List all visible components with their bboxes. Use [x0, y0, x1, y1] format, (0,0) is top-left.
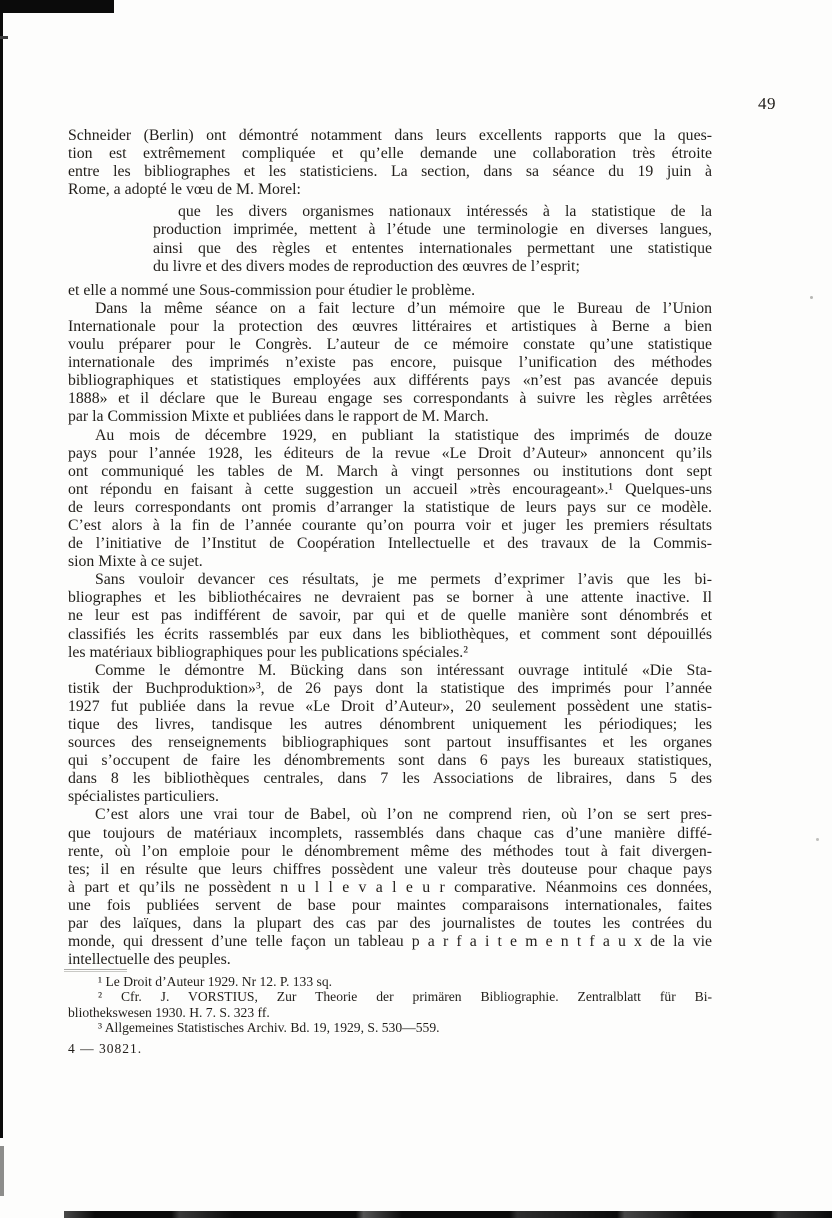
scan-artifact-left-dash	[0, 36, 8, 39]
text-line: intellectuelle des peuples.	[68, 951, 712, 969]
text-line: Au mois de décembre 1929, en publiant la…	[68, 427, 712, 445]
text-line: de l’initiative de l’Institut de Coopéra…	[68, 535, 712, 553]
scan-artifact-top-left-bar	[0, 0, 114, 13]
text-line: ¹ Le Droit d’Auteur 1929. Nr 12. P. 133 …	[68, 974, 712, 989]
text-line: C’est alors une vrai tour de Babel, où l…	[68, 806, 712, 824]
footnote: ¹ Le Droit d’Auteur 1929. Nr 12. P. 133 …	[68, 974, 712, 989]
text-line: production imprimée, mettent à l’étude u…	[153, 221, 712, 239]
text-line: voulu préparer pour le Congrès. L’auteur…	[68, 336, 712, 354]
footnote-separator-rule	[64, 969, 127, 972]
text-line: rente, où l’on emploie pour le dénombrem…	[68, 843, 712, 861]
text-line: que les divers organismes nationaux inté…	[153, 203, 712, 221]
text-line: tes; il en résulte que leurs chiffres po…	[68, 861, 712, 879]
text-line: de leurs correspondants ont promis d’arr…	[68, 499, 712, 517]
text-line: tistik der Buchproduktion»³, de 26 pays …	[68, 680, 712, 698]
text-line: qui s’occupent de faire les dénombrement…	[68, 752, 712, 770]
text-line: Internationale pour la protection des œu…	[68, 318, 712, 336]
scan-artifact-left-lower-strip	[0, 1146, 4, 1196]
text-line: 1927 fut publiée dans la revue «Le Droit…	[68, 698, 712, 716]
paragraph: Sans vouloir devancer ces résultats, je …	[68, 571, 712, 661]
text-line: internationale des imprimés n’existe pas…	[68, 354, 712, 372]
text-line: Comme le démontre M. Bücking dans son in…	[68, 662, 712, 680]
text-line: du livre et des divers modes de reproduc…	[153, 258, 712, 276]
footnote: ² Cfr. J. VORSTIUS, Zur Theorie der prim…	[68, 989, 712, 1020]
text-line: sources des renseignements bibliographiq…	[68, 734, 712, 752]
text-line: 1888» et il déclare que le Bureau engage…	[68, 390, 712, 408]
scan-artifact-speck	[816, 838, 819, 841]
body-text: Schneider (Berlin) ont démontré notammen…	[68, 127, 712, 969]
text-line: ont répondu en faisant à cette suggestio…	[68, 481, 712, 499]
scan-artifact-bottom-band	[64, 1211, 832, 1218]
text-line: ² Cfr. J. VORSTIUS, Zur Theorie der prim…	[68, 989, 712, 1004]
footnotes: ¹ Le Droit d’Auteur 1929. Nr 12. P. 133 …	[68, 974, 712, 1035]
paragraph: Schneider (Berlin) ont démontré notammen…	[68, 127, 712, 199]
paragraph: Comme le démontre M. Bücking dans son in…	[68, 662, 712, 807]
text-line: tion est extrêmement compliquée et qu’el…	[68, 145, 712, 163]
paragraph: C’est alors une vrai tour de Babel, où l…	[68, 806, 712, 969]
text-line: sion Mixte à ce sujet.	[68, 553, 712, 571]
text-line: une fois publiées servent de base pour m…	[68, 897, 712, 915]
text-line: Sans vouloir devancer ces résultats, je …	[68, 571, 712, 589]
text-line: classifiés les écrits rassemblés par eux…	[68, 626, 712, 644]
blockquote: que les divers organismes nationaux inté…	[153, 203, 712, 275]
text-line: à part et qu’ils ne possèdent n u l l e …	[68, 879, 712, 897]
text-line: ainsi que des règles et ententes interna…	[153, 240, 712, 258]
text-line: Schneider (Berlin) ont démontré notammen…	[68, 127, 712, 145]
text-line: par la Commission Mixte et publiées dans…	[68, 408, 712, 426]
text-line: et elle a nommé une Sous-commission pour…	[68, 282, 712, 300]
text-line: bliothekswesen 1930. H. 7. S. 323 ff.	[68, 1005, 712, 1020]
scan-artifact-left-strip	[0, 0, 3, 1138]
page-number: 49	[758, 94, 776, 114]
text-line: ne leur est pas indifférent de savoir, p…	[68, 607, 712, 625]
text-line: pays pour l’année 1928, les éditeurs de …	[68, 445, 712, 463]
footnote: ³ Allgemeines Statistisches Archiv. Bd. …	[68, 1020, 712, 1035]
text-line: monde, qui dressent d’une telle façon un…	[68, 933, 712, 951]
text-line: ont communiqué les tables de M. March à …	[68, 463, 712, 481]
text-line: Rome, a adopté le vœu de M. Morel:	[68, 181, 712, 199]
signature-mark: 4 — 30821.	[68, 1041, 142, 1057]
scan-artifact-speck	[810, 296, 813, 299]
text-line: par des laïques, dans la plupart des cas…	[68, 915, 712, 933]
text-line: ³ Allgemeines Statistisches Archiv. Bd. …	[68, 1020, 712, 1035]
text-line: spécialistes particuliers.	[68, 788, 712, 806]
paragraph: Dans la même séance on a fait lecture d’…	[68, 300, 712, 427]
text-line: que toujours de matériaux incomplets, ra…	[68, 825, 712, 843]
text-line: les matériaux bibliographiques pour les …	[68, 644, 712, 662]
text-line: bliographes et les bibliothécaires ne de…	[68, 589, 712, 607]
text-line: tique des livres, tandisque les autres d…	[68, 716, 712, 734]
text-line: Dans la même séance on a fait lecture d’…	[68, 300, 712, 318]
paragraph: et elle a nommé une Sous-commission pour…	[68, 282, 712, 300]
text-line: C’est alors à la fin de l’année courante…	[68, 517, 712, 535]
text-line: bibliographiques et statistiques employé…	[68, 372, 712, 390]
text-line: dans 8 les bibliothèques centrales, dans…	[68, 770, 712, 788]
text-line: entre les bibliographes et les statistic…	[68, 163, 712, 181]
paragraph: Au mois de décembre 1929, en publiant la…	[68, 427, 712, 572]
